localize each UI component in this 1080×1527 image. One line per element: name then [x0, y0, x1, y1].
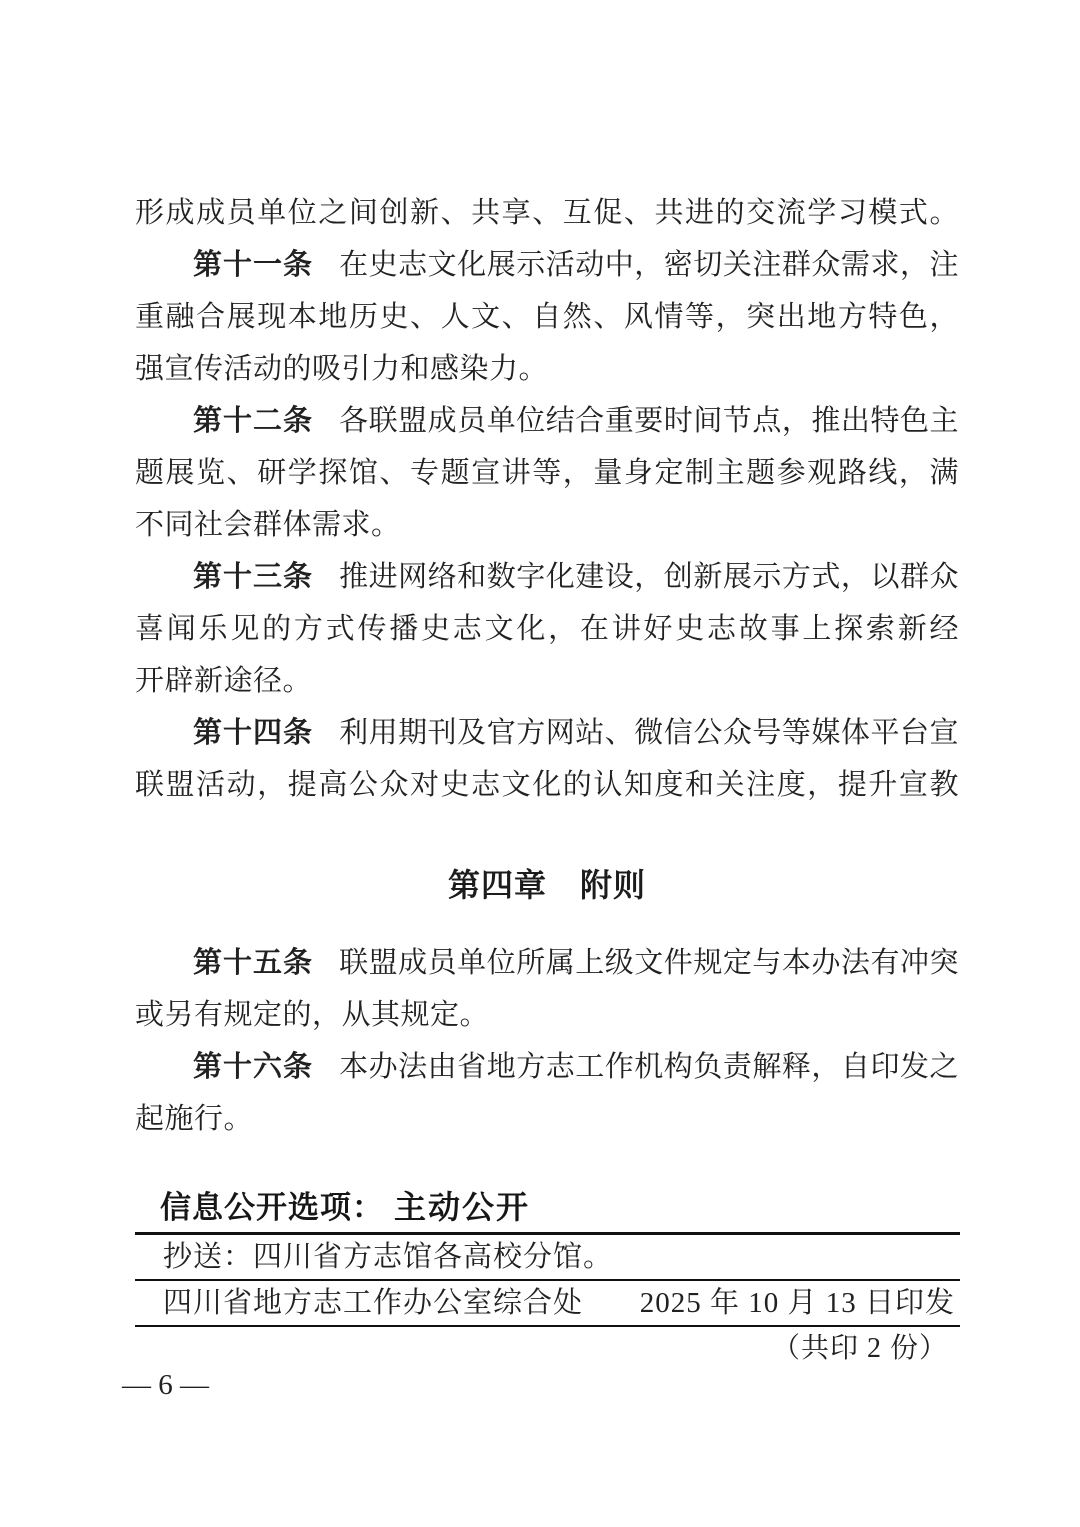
issuing-office: 四川省地方志工作办公室综合处	[163, 1281, 583, 1325]
page-number: — 6 —	[122, 1362, 209, 1408]
article-line: 起施行。	[135, 1093, 959, 1145]
article-text: 在史志文化展示活动中，密切关注群众需求，注	[339, 249, 959, 281]
disclosure-label: 信息公开选项：	[160, 1190, 384, 1225]
document-page: 形成成员单位之间创新、共享、互促、共进的交流学习模式。第十一条在史志文化展示活动…	[0, 0, 1080, 1527]
article-text: 喜闻乐见的方式传播史志文化，在讲好史志故事上探索新经验、	[135, 613, 959, 655]
chapter-heading: 第四章 附则	[135, 859, 959, 911]
article-line: 形成成员单位之间创新、共享、互促、共进的交流学习模式。	[135, 187, 959, 239]
article-number: 第十一条	[193, 249, 313, 281]
article-number: 第十三条	[193, 561, 313, 593]
article-line: 开辟新途径。	[135, 655, 959, 707]
article-line: 第十二条各联盟成员单位结合重要时间节点，推出特色主	[135, 395, 959, 447]
article-line: 题展览、研学探馆、专题宣讲等，量身定制主题参观路线，满足	[135, 447, 959, 499]
article-number: 第十五条	[193, 947, 313, 979]
issue-date: 2025 年 10 月 13 日印发	[640, 1281, 955, 1325]
article-line: 或另有规定的，从其规定。	[135, 989, 959, 1041]
article-line: 第十五条联盟成员单位所属上级文件规定与本办法有冲突	[135, 937, 959, 989]
article-text: 或另有规定的，从其规定。	[135, 999, 489, 1031]
article-line: 重融合展现本地历史、人文、自然、风情等，突出地方特色，增	[135, 291, 959, 343]
articles-section-2: 第十五条联盟成员单位所属上级文件规定与本办法有冲突或另有规定的，从其规定。第十六…	[135, 937, 959, 1145]
article-text: 联盟活动，提高公众对史志文化的认知度和关注度，提升宣教质效。	[135, 769, 959, 811]
disclosure-value: 主动公开	[394, 1189, 530, 1225]
article-line: 第十三条推进网络和数字化建设，创新展示方式，以群众	[135, 551, 959, 603]
article-text: 强宣传活动的吸引力和感染力。	[135, 353, 548, 385]
cc-line: 抄送：四川省方志馆各高校分馆。	[135, 1235, 960, 1279]
disclosure-row: 信息公开选项：主动公开	[135, 1182, 960, 1232]
article-line: 第十一条在史志文化展示活动中，密切关注群众需求，注	[135, 239, 959, 291]
articles-section-1: 形成成员单位之间创新、共享、互促、共进的交流学习模式。第十一条在史志文化展示活动…	[135, 187, 959, 811]
article-line: 不同社会群体需求。	[135, 499, 959, 551]
copies-note: （共印 2 份）	[135, 1327, 960, 1371]
article-line: 喜闻乐见的方式传播史志文化，在讲好史志故事上探索新经验、	[135, 603, 959, 655]
article-line: 第十四条利用期刊及官方网站、微信公众号等媒体平台宣传	[135, 707, 959, 759]
article-number: 第十四条	[193, 717, 313, 749]
article-line: 第十六条本办法由省地方志工作机构负责解释，自印发之日	[135, 1041, 959, 1093]
article-number: 第十二条	[193, 405, 313, 437]
article-number: 第十六条	[193, 1051, 313, 1083]
document-body: 形成成员单位之间创新、共享、互促、共进的交流学习模式。第十一条在史志文化展示活动…	[135, 187, 959, 1145]
article-text: 重融合展现本地历史、人文、自然、风情等，突出地方特色，增	[135, 301, 959, 343]
article-line: 强宣传活动的吸引力和感染力。	[135, 343, 959, 395]
article-text: 形成成员单位之间创新、共享、互促、共进的交流学习模式。	[135, 197, 959, 229]
article-text: 联盟成员单位所属上级文件规定与本办法有冲突	[339, 947, 959, 979]
article-text: 起施行。	[135, 1103, 253, 1135]
article-text: 推进网络和数字化建设，创新展示方式，以群众	[339, 561, 959, 593]
article-text: 开辟新途径。	[135, 665, 312, 697]
document-footer: 信息公开选项：主动公开 抄送：四川省方志馆各高校分馆。 四川省地方志工作办公室综…	[135, 1182, 960, 1371]
issue-row: 四川省地方志工作办公室综合处 2025 年 10 月 13 日印发	[135, 1281, 960, 1325]
article-text: 题展览、研学探馆、专题宣讲等，量身定制主题参观路线，满足	[135, 457, 959, 499]
article-line: 联盟活动，提高公众对史志文化的认知度和关注度，提升宣教质效。	[135, 759, 959, 811]
article-text: 各联盟成员单位结合重要时间节点，推出特色主	[339, 405, 959, 437]
article-text: 不同社会群体需求。	[135, 509, 401, 541]
